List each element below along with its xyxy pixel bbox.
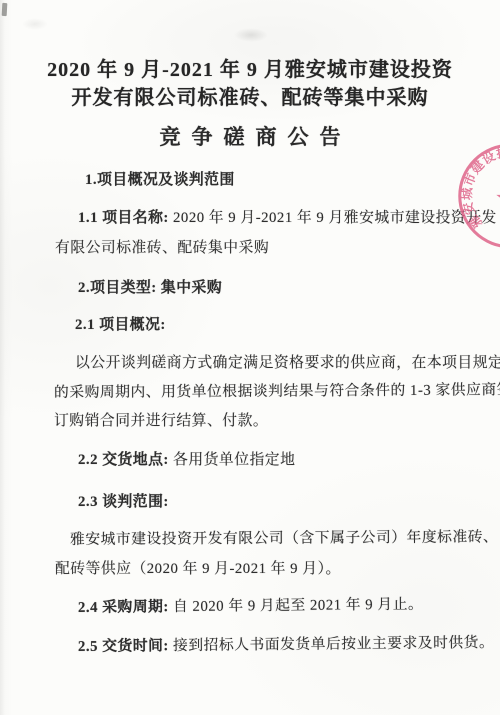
section-2-value: 集中采购: [161, 280, 222, 296]
item-1-1-label: 1.1 项目名称:: [78, 210, 173, 226]
item-2-2-label: 2.2 交货地点:: [78, 452, 173, 468]
item-2-3-paragraph-line-1: 雅安城市建设投资开发有限公司（含下属子公司）年度标准砖、: [70, 527, 498, 550]
section-2-project-type: 2.项目类型: 集中采购: [78, 278, 222, 298]
item-1-1-project-name-line-1: 1.1 项目名称: 2020 年 9 月-2021 年 9 月雅安城市建设投资开…: [78, 208, 497, 228]
item-2-4-purchase-period: 2.4 采购周期: 自 2020 年 9 月起至 2021 年 9 月止。: [78, 595, 423, 618]
item-2-3-paragraph-line-2: 配砖等供应（2020 年 9 月-2021 年 9 月）。: [55, 559, 341, 579]
item-1-1-project-name-line-2: 有限公司标准砖、配砖集中采购: [55, 238, 269, 258]
item-2-4-label: 2.4 采购周期:: [78, 599, 173, 616]
official-red-seal-icon: 雅安城市建设投资开发有限公司: [455, 132, 500, 262]
seal-star-icon: [496, 185, 500, 212]
item-2-2-value: 各用货单位指定地: [173, 452, 295, 468]
item-2-4-value: 自 2020 年 9 月起至 2021 年 9 月止。: [173, 597, 423, 615]
item-2-5-label: 2.5 交货时间:: [78, 638, 173, 655]
section-2-label: 2.项目类型:: [78, 280, 161, 296]
item-2-1-paragraph-line-2: 的采购周期内、用货单位根据谈判结果与符合条件的 1-3 家供应商签: [54, 380, 500, 403]
item-2-1-paragraph-line-1: 以公开谈判磋商方式确定满足资格要求的供应商，在本项目规定: [75, 353, 500, 373]
scan-artifact-smudge: [22, 18, 48, 30]
item-1-1-value: 2020 年 9 月-2021 年 9 月雅安城市建设投资开发: [173, 210, 497, 226]
scanned-document-page: 2020 年 9 月-2021 年 9 月雅安城市建设投资 开发有限公司标准砖、…: [0, 0, 500, 715]
item-2-5-delivery-time: 2.5 交货时间: 接到招标人书面发货单后按业主要求及时供货。: [78, 633, 494, 657]
item-2-5-value: 接到招标人书面发货单后按业主要求及时供货。: [173, 635, 494, 654]
document-subtitle: 竞争磋商公告: [0, 121, 500, 151]
item-2-3-heading: 2.3 谈判范围:: [78, 492, 169, 512]
document-title-line-1: 2020 年 9 月-2021 年 9 月雅安城市建设投资: [0, 57, 500, 83]
document-title-line-2: 开发有限公司标准砖、配砖等集中采购: [0, 85, 500, 111]
item-2-1-heading: 2.1 项目概况:: [75, 315, 166, 335]
item-2-1-paragraph-line-3: 订购销合同并进行结算、付款。: [54, 411, 268, 431]
section-1-heading: 1.项目概况及谈判范围: [85, 170, 235, 190]
scan-artifact-smudge: [234, 28, 268, 42]
item-2-2-delivery-place: 2.2 交货地点: 各用货单位指定地: [78, 450, 295, 470]
scan-artifact-corner-mark: [2, 3, 8, 16]
